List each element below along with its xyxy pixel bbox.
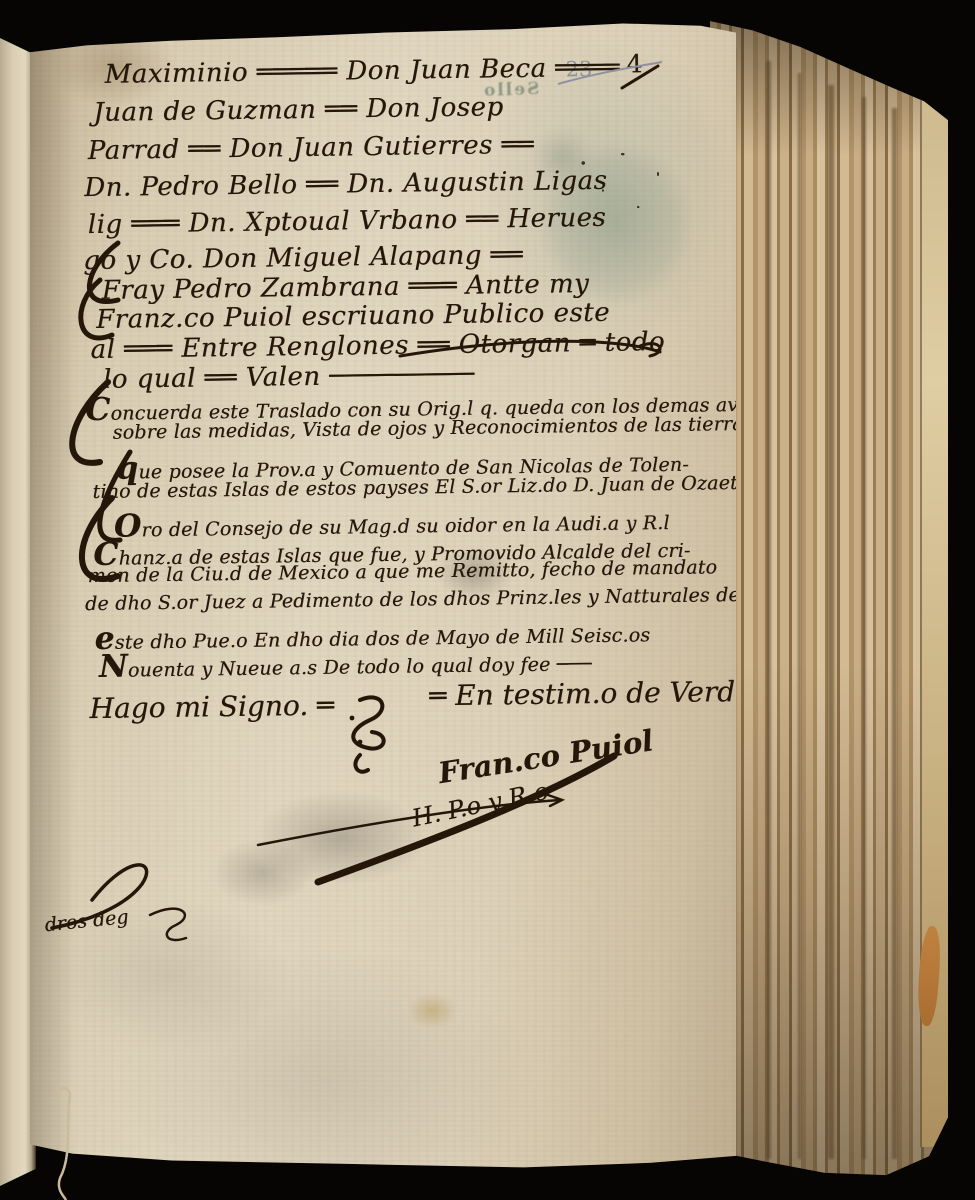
manuscript-photo: { "page": { "folio_number_pencil": "23",…: [0, 0, 975, 1200]
signature-title: H. P.o y R.o: [410, 777, 551, 833]
page-crevice: [828, 85, 834, 1159]
manuscript-line: Maximinio ═════ Don Juan Beca ════: [104, 53, 620, 90]
page-crevice: [892, 108, 897, 1158]
marginal-note: dros deg: [44, 906, 130, 936]
manuscript-line: Dn. Pedro Bello ══ Dn. Augustin Ligas: [84, 166, 608, 203]
handwriting-layer: 23 4 Maximinio ═════ Don Juan Beca ════ …: [22, 15, 744, 1177]
page-crevice: [798, 73, 801, 1159]
manuscript-line: Juan de Guzman ══ Don Josep: [93, 92, 504, 128]
manuscript-page: Sello 23 4 Maximinio ═════ Don Juan Beca…: [30, 20, 736, 1172]
manuscript-line: de dho S.or Juez a Pedimento de los dhos…: [85, 584, 740, 615]
attestation-right: ═ En testim.o de Verd.d ─: [429, 674, 788, 712]
manuscript-line: lig ═══ Dn. Xptoual Vrbano ══ Herues: [88, 203, 607, 240]
page-crevice: [766, 61, 771, 1158]
book-fore-edge: [710, 14, 948, 1194]
page-crevice: [862, 97, 866, 1159]
manuscript-line: Parrad ══ Don Juan Gutierres ══: [88, 130, 535, 166]
attestation-left: Hago mi Signo. ═: [89, 689, 334, 725]
folio-number-ink: 4: [626, 49, 642, 78]
